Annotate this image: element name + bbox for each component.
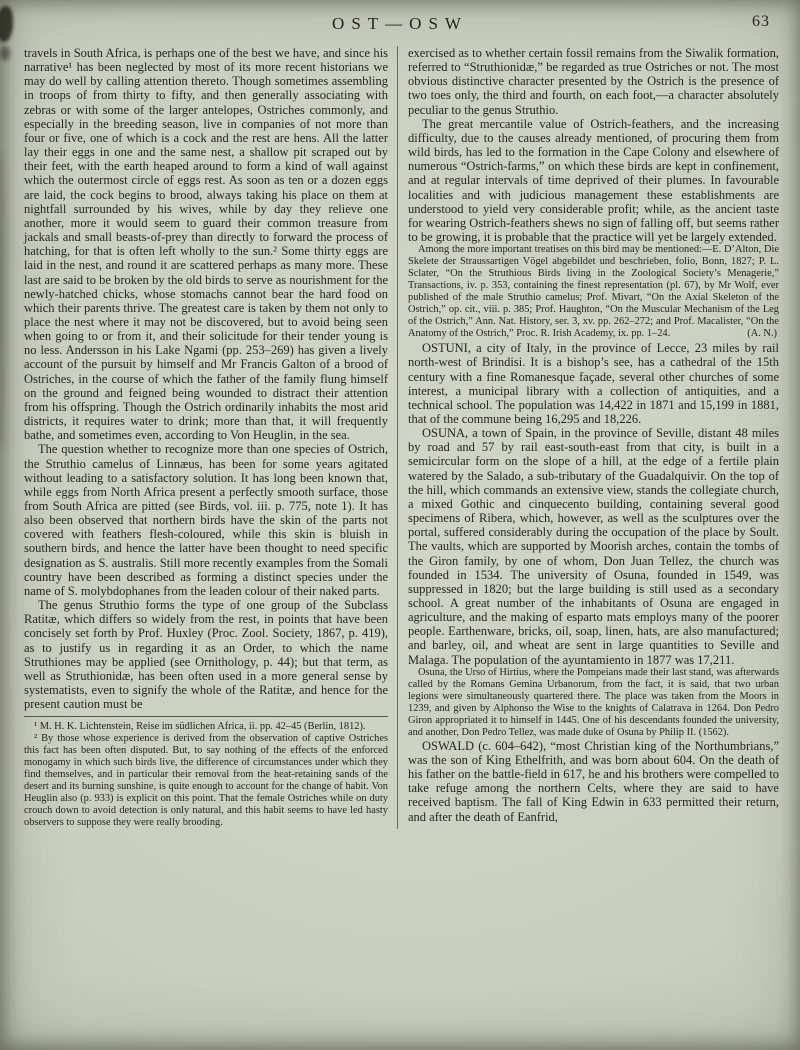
paragraph-ostrich-habits: travels in South Africa, is perhaps one … bbox=[24, 46, 388, 442]
paragraph-ostrich-farming: The great mercantile value of Ostrich-fe… bbox=[408, 117, 779, 244]
entry-osuna-history: Osuna, the Urso of Hirtius, where the Po… bbox=[408, 667, 779, 739]
entries-block-2: OSWALD (c. 604–642), “most Christian kin… bbox=[408, 739, 779, 824]
page-header: OST—OSW 63 bbox=[0, 0, 800, 44]
running-head: OST—OSW bbox=[0, 14, 800, 34]
paragraph-ostrich-species: The question whether to recognize more t… bbox=[24, 442, 388, 598]
paragraph-ostrich-fossils: exercised as to whether certain fossil r… bbox=[408, 46, 779, 117]
bibliography-note: Among the more important treatises on th… bbox=[408, 244, 779, 340]
footnote-2: ² By those whose experience is derived f… bbox=[24, 733, 388, 829]
footnote-1: ¹ M. H. K. Lichtenstein, Reise im südlic… bbox=[24, 721, 388, 733]
ostrich-article-body: travels in South Africa, is perhaps one … bbox=[24, 46, 388, 711]
footnote-divider bbox=[24, 716, 388, 717]
entry-ostuni: OSTUNI, a city of Italy, in the province… bbox=[408, 341, 779, 426]
entries-block-1: OSTUNI, a city of Italy, in the province… bbox=[408, 341, 779, 667]
osuna-history-note: Osuna, the Urso of Hirtius, where the Po… bbox=[408, 667, 779, 739]
text-columns: travels in South Africa, is perhaps one … bbox=[0, 44, 800, 829]
entry-osuna: OSUNA, a town of Spain, in the province … bbox=[408, 426, 779, 667]
right-column: exercised as to whether certain fossil r… bbox=[397, 46, 779, 829]
scan-artifact-blob bbox=[0, 46, 10, 61]
entry-oswald: OSWALD (c. 604–642), “most Christian kin… bbox=[408, 739, 779, 824]
bibliography-text: Among the more important treatises on th… bbox=[408, 244, 779, 340]
page-number: 63 bbox=[752, 13, 770, 31]
left-column: travels in South Africa, is perhaps one … bbox=[24, 46, 397, 829]
footnotes: ¹ M. H. K. Lichtenstein, Reise im südlic… bbox=[24, 721, 388, 829]
ostrich-article-continued: exercised as to whether certain fossil r… bbox=[408, 46, 779, 244]
scanned-book-page: OST—OSW 63 travels in South Africa, is p… bbox=[0, 0, 800, 1050]
paragraph-ostrich-genus: The genus Struthio forms the type of one… bbox=[24, 598, 388, 711]
